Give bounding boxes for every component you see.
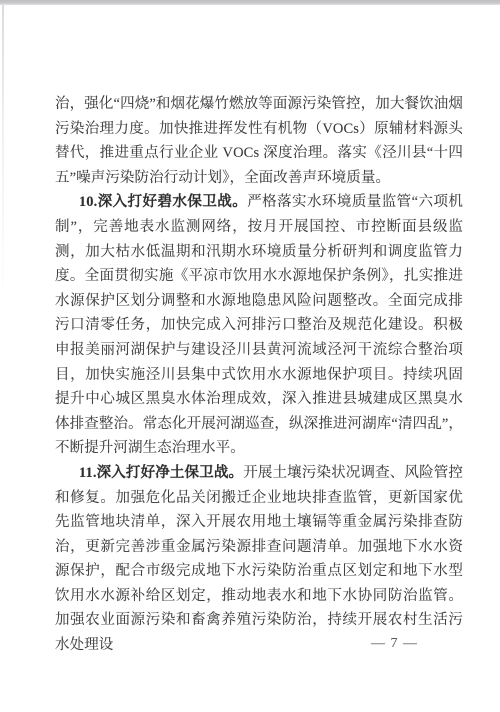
paragraph-continuation: 治，强化“四烧”和烟花爆竹燃放等面源污染管控，加大餐饮油烟污染治理力度。加快推进…	[55, 92, 463, 190]
scan-edge-artifact-top	[0, 0, 500, 5]
paragraph-section-10: 10.深入打好碧水保卫战。严格落实水环境质量监管“六项机制”，完善地表水监测网络…	[55, 190, 463, 461]
scanned-document-page: 治，强化“四烧”和烟花爆竹燃放等面源污染管控，加大餐饮油烟污染治理力度。加快推进…	[0, 0, 500, 712]
paragraph-section-11: 11.深入打好净土保卫战。开展土壤污染状况调查、风险管控和修复。加强危化品关闭搬…	[55, 461, 463, 658]
paragraph-text: 严格落实水环境质量监管“六项机制”，完善地表水监测网络，按月开展国控、市控断面县…	[55, 194, 463, 456]
paragraph-text: 开展土壤污染状况调查、风险管控和修复。加强危化品关闭搬迁企业地块排查监管，更新国…	[55, 465, 463, 653]
paragraph-heading: 10.深入打好碧水保卫战。	[79, 194, 247, 210]
paragraph-text: 治，强化“四烧”和烟花爆竹燃放等面源污染管控，加大餐饮油烟污染治理力度。加快推进…	[55, 96, 463, 186]
page-number: — 7 —	[371, 636, 418, 652]
scan-edge-artifact-left	[2, 5, 4, 305]
document-body: 治，强化“四烧”和烟花爆竹燃放等面源污染管控，加大餐饮油烟污染治理力度。加快推进…	[55, 92, 463, 658]
paragraph-heading: 11.深入打好净土保卫战。	[79, 465, 243, 481]
